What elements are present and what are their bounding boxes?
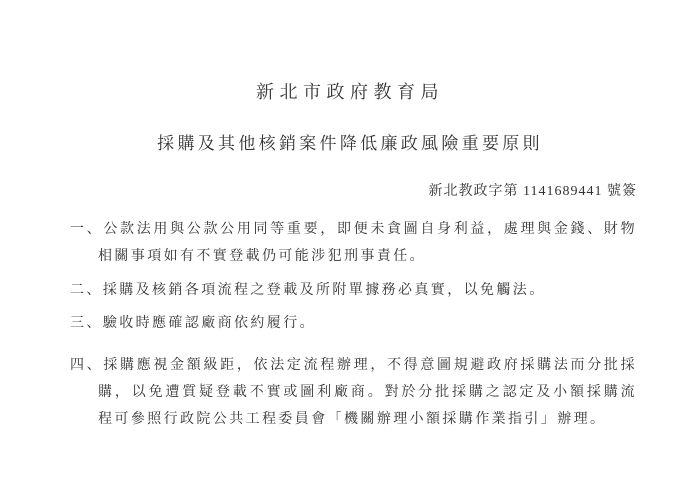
list-item: 三、驗收時應確認廠商依約履行。 (70, 310, 637, 337)
document-page: 新北市政府教育局 採購及其他核銷案件降低廉政風險重要原則 新北教政字第 1141… (0, 0, 700, 484)
item-marker: 二、 (70, 283, 103, 298)
list-item: 二、採購及核銷各項流程之登載及所附單據務必真實，以免觸法。 (70, 277, 637, 304)
agency-name: 新北市政府教育局 (0, 81, 700, 103)
item-text: 驗收時應確認廠商依約履行。 (103, 316, 316, 331)
list-item: 一、公款法用與公款公用同等重要，即便未貪圖自身利益，處理與金錢、財物相關事項如有… (70, 216, 637, 270)
item-text: 公款法用與公款公用同等重要，即便未貪圖自身利益，處理與金錢、財物相關事項如有不實… (98, 222, 637, 264)
reference-number: 新北教政字第 1141689441 號簽 (0, 181, 700, 203)
item-text: 採購及核銷各項流程之登載及所附單據務必真實，以免觸法。 (103, 283, 546, 298)
document-title: 採購及其他核銷案件降低廉政風險重要原則 (0, 133, 700, 155)
list-item: 四、採購應視金額級距，依法定流程辦理，不得意圖規避政府採購法而分批採購，以免遭質… (70, 352, 637, 433)
item-marker: 三、 (70, 316, 103, 331)
item-text: 採購應視金額級距，依法定流程辦理，不得意圖規避政府採購法而分批採購，以免遭質疑登… (98, 358, 637, 427)
item-marker: 一、 (70, 222, 103, 237)
item-marker: 四、 (70, 358, 103, 373)
principles-list: 一、公款法用與公款公用同等重要，即便未貪圖自身利益，處理與金錢、財物相關事項如有… (70, 216, 637, 433)
